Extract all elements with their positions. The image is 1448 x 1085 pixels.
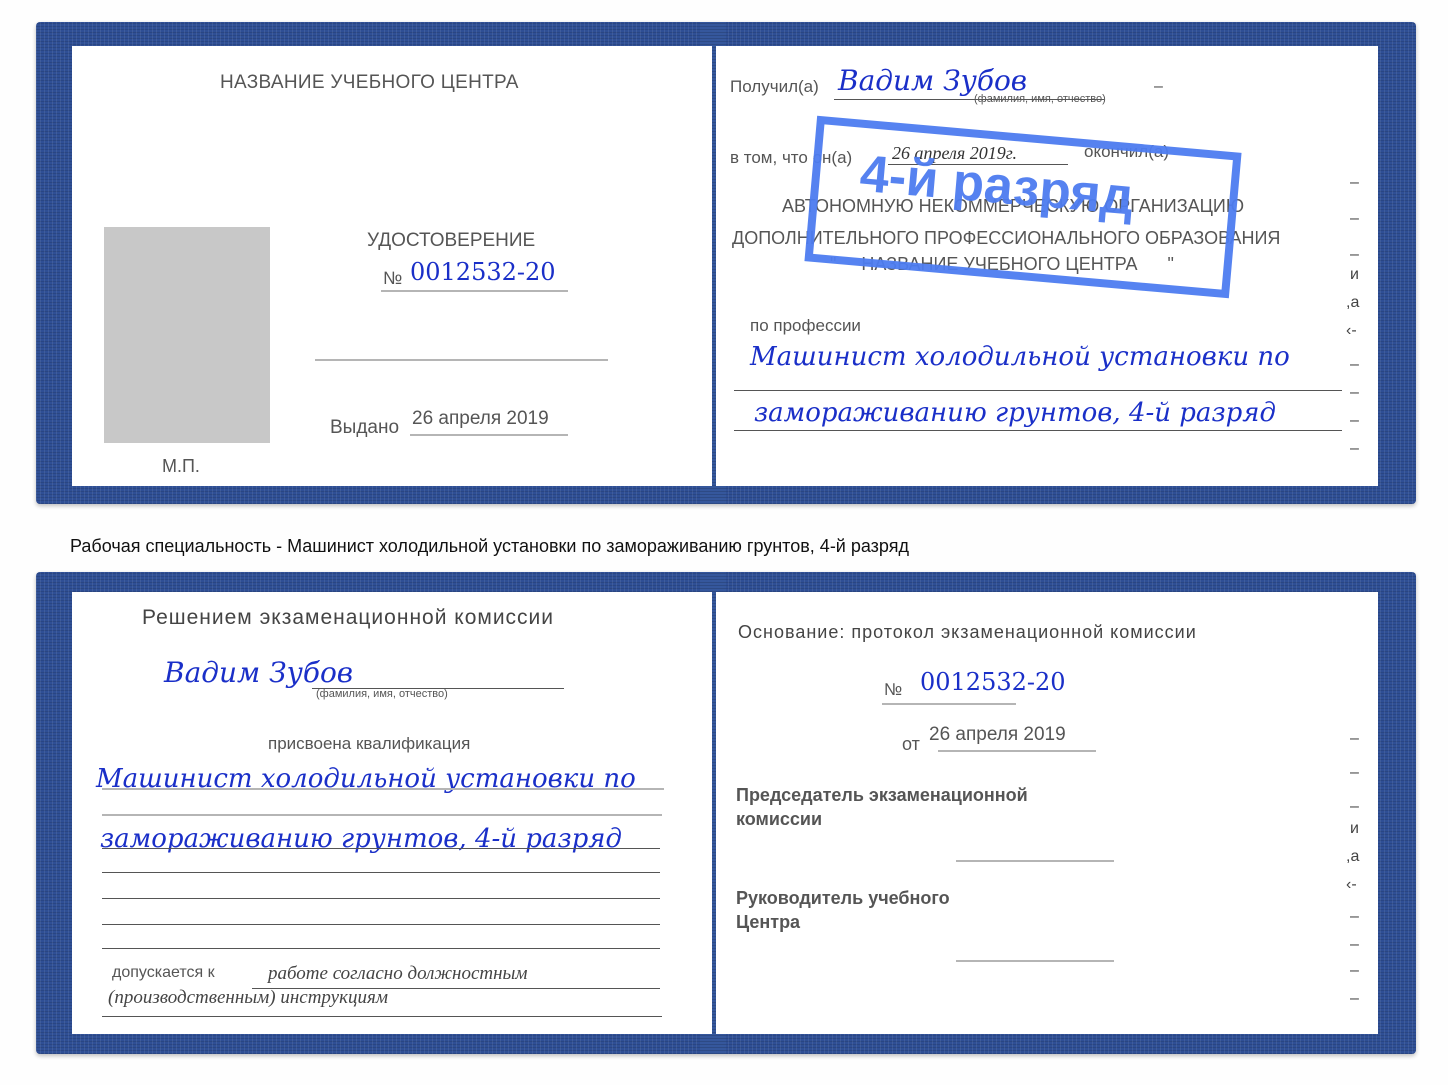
received-label: Получил(а) [730, 77, 819, 97]
chairman-line-2: комиссии [736, 809, 822, 830]
issued-underline [410, 434, 568, 436]
rule-7 [102, 948, 660, 949]
certificate-number: 0012532-20 [410, 258, 556, 286]
person-name: Вадим Зубов [164, 656, 353, 689]
rule-5 [102, 898, 660, 899]
decision-title: Решением экзаменационной комиссии [142, 606, 554, 630]
qualification-label: присвоена квалификация [268, 734, 470, 754]
profession-rule-1 [734, 390, 1342, 391]
from-date-underline [938, 750, 1096, 752]
head-line-1: Руководитель учебного [736, 888, 950, 909]
org-name: НАЗВАНИЕ УЧЕБНОГО ЦЕНТРА [220, 72, 519, 94]
rule-4 [102, 872, 660, 873]
profession-label: по профессии [750, 316, 861, 336]
name-hint: (фамилия, имя, отчество) [974, 93, 1106, 105]
rule-6 [102, 924, 660, 925]
from-label: от [902, 734, 920, 755]
dash-mark: – [1154, 78, 1163, 96]
rule-3 [102, 848, 660, 849]
chairman-line-1: Председатель экзаменационной [736, 785, 1028, 806]
protocol-number: 0012532-20 [920, 668, 1066, 696]
bottom-left-page: Решением экзаменационной комиссии Вадим … [72, 592, 712, 1034]
stamp-text: 4-й разряд [858, 144, 1136, 228]
qualification-rule-1 [102, 788, 664, 790]
seal-label: М.П. [162, 456, 200, 477]
profession-rule-2 [734, 430, 1342, 431]
top-right-page: Получил(а) Вадим Зубов – (фамилия, имя, … [716, 46, 1378, 486]
photo-placeholder [104, 227, 270, 443]
admitted-line-1: работе согласно должностным [268, 963, 528, 985]
bottom-right-page: Основание: протокол экзаменационной коми… [716, 592, 1378, 1034]
protocol-number-label: № [884, 680, 902, 700]
top-left-page: НАЗВАНИЕ УЧЕБНОГО ЦЕНТРА УДОСТОВЕРЕНИЕ №… [72, 46, 712, 486]
protocol-number-underline [882, 703, 1016, 705]
from-date: 26 апреля 2019 [929, 724, 1066, 746]
specialty-caption: Рабочая специальность - Машинист холодил… [70, 533, 1090, 560]
head-line-2: Центра [736, 912, 800, 933]
certificate-title: УДОСТОВЕРЕНИЕ [367, 230, 535, 252]
admitted-rule-2 [102, 1016, 662, 1017]
basis-title: Основание: протокол экзаменационной коми… [738, 622, 1197, 643]
admitted-line-2: (производственным) инструкциям [108, 987, 388, 1009]
blank-line [315, 359, 608, 361]
issued-label: Выдано [330, 417, 399, 439]
admitted-label: допускается к [112, 964, 215, 982]
qualification-rule-2 [102, 814, 662, 816]
profession-line-2: замораживанию грунтов, 4-й разряд [754, 398, 1276, 428]
number-underline [381, 290, 568, 292]
issued-date: 26 апреля 2019 [412, 408, 549, 430]
name-hint: (фамилия, имя, отчество) [316, 688, 448, 700]
profession-line-1: Машинист холодильной установки по [750, 342, 1290, 372]
number-label: № [383, 268, 402, 289]
chairman-signature-line [956, 860, 1114, 862]
head-signature-line [956, 960, 1114, 962]
qualification-line-2: замораживанию грунтов, 4-й разряд [100, 824, 622, 854]
